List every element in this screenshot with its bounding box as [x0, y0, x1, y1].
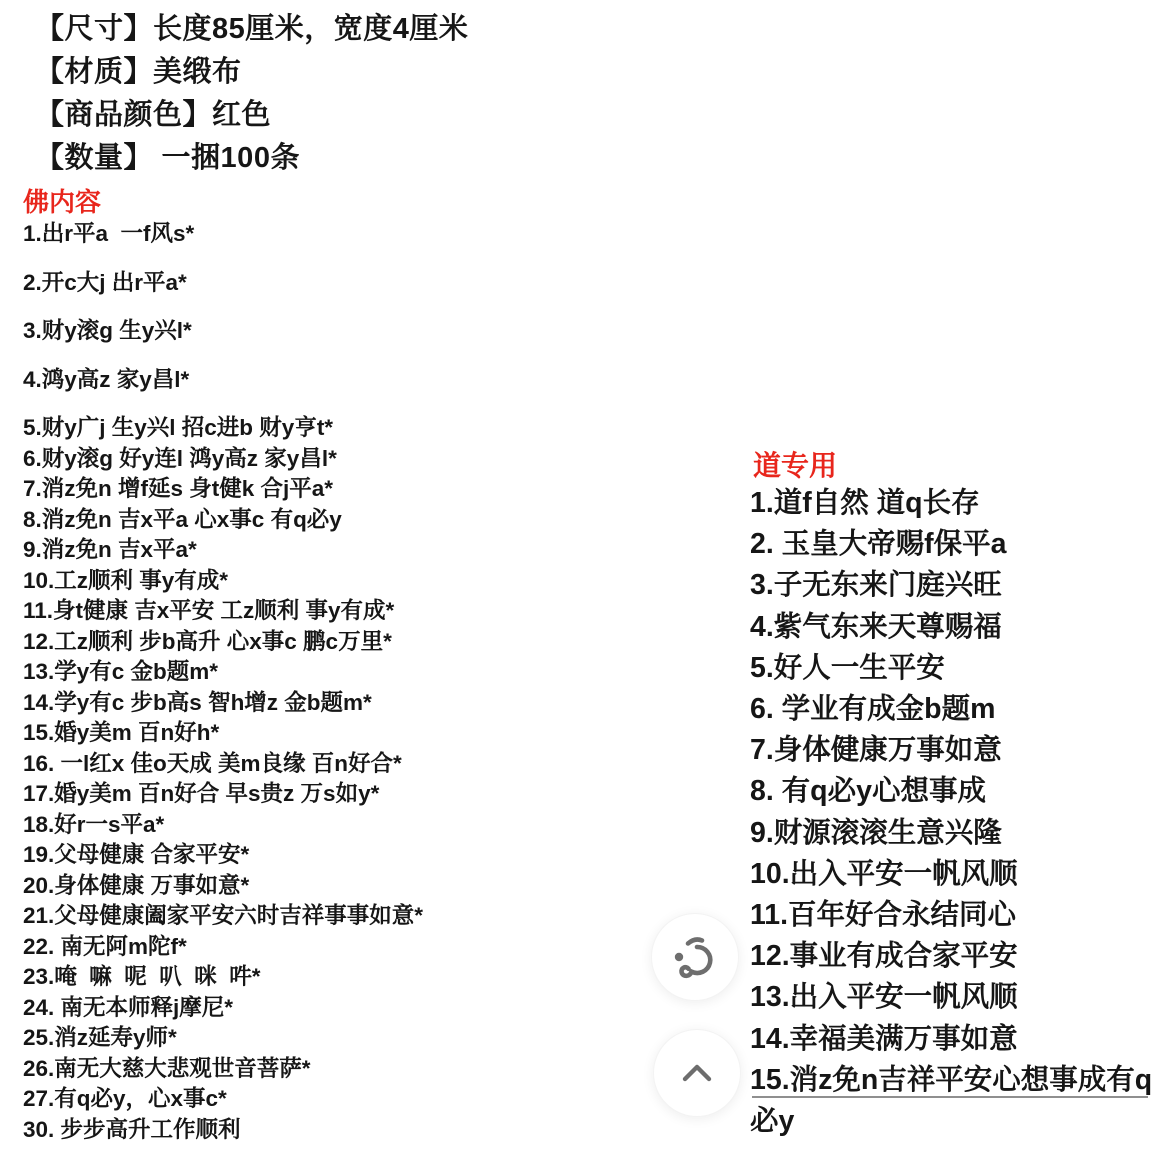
buddhist-list-item: 26.南无大慈大悲观世音菩萨* — [23, 1054, 423, 1085]
buddhist-list-item: 25.消z延寿y师* — [23, 1023, 423, 1054]
product-description-page: 【尺寸】长度85厘米，宽度4厘米【材质】美缎布【商品颜色】红色【数量】 一捆10… — [0, 0, 1160, 1160]
buddhist-list: 1.出r平a 一f风s*2.开c大j 出r平a*3.财y滚g 生y兴l*4.鸿y… — [23, 219, 423, 1145]
buddhist-list-item: 16. 一l红x 佳o天成 美m良缘 百n好合* — [23, 749, 423, 780]
taoist-list-item: 12.事业有成合家平安 — [750, 936, 1160, 977]
spec-line: 【尺寸】长度85厘米，宽度4厘米 — [35, 8, 468, 51]
spec-line: 【材质】美缎布 — [35, 51, 468, 94]
taoist-list-item: 1.道f自然 道q长存 — [750, 483, 1160, 524]
buddhist-list-item: 17.婚y美m 百n好合 早s贵z 万s如y* — [23, 779, 423, 810]
buddhist-section-title: 佛内容 — [23, 182, 101, 219]
buddhist-list-item: 6.财y滚g 好y连l 鸿y高z 家y昌l* — [23, 444, 423, 475]
section-divider — [752, 1096, 1148, 1098]
buddhist-list-item: 3.财y滚g 生y兴l* — [23, 316, 423, 347]
buddhist-list-item: 1.出r平a 一f风s* — [23, 219, 423, 250]
product-specs: 【尺寸】长度85厘米，宽度4厘米【材质】美缎布【商品颜色】红色【数量】 一捆10… — [35, 8, 468, 180]
buddhist-list-item: 21.父母健康阖家平安六时吉祥事事如意* — [23, 901, 423, 932]
spec-lines: 【尺寸】长度85厘米，宽度4厘米【材质】美缎布【商品颜色】红色【数量】 一捆10… — [35, 8, 468, 180]
image-search-icon — [669, 931, 721, 983]
buddhist-list-item: 23.唵 嘛 呢 叭 咪 吽* — [23, 962, 423, 993]
taoist-list-item: 8. 有q必y心想事成 — [750, 771, 1160, 812]
buddhist-list-item: 24. 南无本师释j摩尼* — [23, 993, 423, 1024]
buddhist-list-item: 11.身t健康 吉x平安 工z顺利 事y有成* — [23, 596, 423, 627]
buddhist-list-item: 18.好r一s平a* — [23, 810, 423, 841]
taoist-list-item: 4.紫气东来天尊赐福 — [750, 607, 1160, 648]
buddhist-list-item: 5.财y广j 生y兴l 招c进b 财y亨t* — [23, 413, 423, 444]
taoist-list-item: 10.出入平安一帆风顺 — [750, 854, 1160, 895]
buddhist-list-item: 19.父母健康 合家平安* — [23, 840, 423, 871]
taoist-list-item: 9.财源滚滚生意兴隆 — [750, 813, 1160, 854]
buddhist-list-item: 9.消z免n 吉x平a* — [23, 535, 423, 566]
taoist-list-item: 2. 玉皇大帝赐f保平a — [750, 524, 1160, 565]
taoist-list-item: 15.消z免n吉祥平安心想事成有q必y — [750, 1060, 1160, 1142]
chevron-up-icon — [674, 1050, 720, 1096]
taoist-list-item: 14.幸福美满万事如意 — [750, 1019, 1160, 1060]
buddhist-list-item: 30. 步步高升工作顺利 — [23, 1115, 423, 1146]
taoist-list: 1.道f自然 道q长存2. 玉皇大帝赐f保平a3.子无东来门庭兴旺4.紫气东来天… — [750, 483, 1160, 1142]
buddhist-list-item: 27.有q必y，心x事c* — [23, 1084, 423, 1115]
taoist-list-item: 13.出入平安一帆风顺 — [750, 977, 1160, 1018]
taoist-list-item: 5.好人一生平安 — [750, 648, 1160, 689]
buddhist-list-item: 10.工z顺利 事y有成* — [23, 566, 423, 597]
back-to-top-button[interactable] — [653, 1029, 741, 1117]
image-search-button[interactable] — [651, 913, 739, 1001]
taoist-list-item: 6. 学业有成金b题m — [750, 689, 1160, 730]
spec-line: 【商品颜色】红色 — [35, 94, 468, 137]
buddhist-list-item: 22. 南无阿m陀f* — [23, 932, 423, 963]
buddhist-list-item: 4.鸿y高z 家y昌l* — [23, 365, 423, 396]
spec-line: 【数量】 一捆100条 — [35, 137, 468, 180]
buddhist-list-item: 2.开c大j 出r平a* — [23, 268, 423, 299]
taoist-list-item: 7.身体健康万事如意 — [750, 730, 1160, 771]
taoist-list-item: 3.子无东来门庭兴旺 — [750, 565, 1160, 606]
buddhist-list-item: 8.消z免n 吉x平a 心x事c 有q必y — [23, 505, 423, 536]
buddhist-list-item: 13.学y有c 金b题m* — [23, 657, 423, 688]
buddhist-list-item: 14.学y有c 步b高s 智h增z 金b题m* — [23, 688, 423, 719]
buddhist-list-item: 20.身体健康 万事如意* — [23, 871, 423, 902]
taoist-list-item: 11.百年好合永结同心 — [750, 895, 1160, 936]
buddhist-list-item: 12.工z顺利 步b高升 心x事c 鹏c万里* — [23, 627, 423, 658]
buddhist-list-item: 15.婚y美m 百n好h* — [23, 718, 423, 749]
taoist-section-title: 道专用 — [753, 444, 837, 484]
buddhist-list-item: 7.消z免n 增f延s 身t健k 合j平a* — [23, 474, 423, 505]
